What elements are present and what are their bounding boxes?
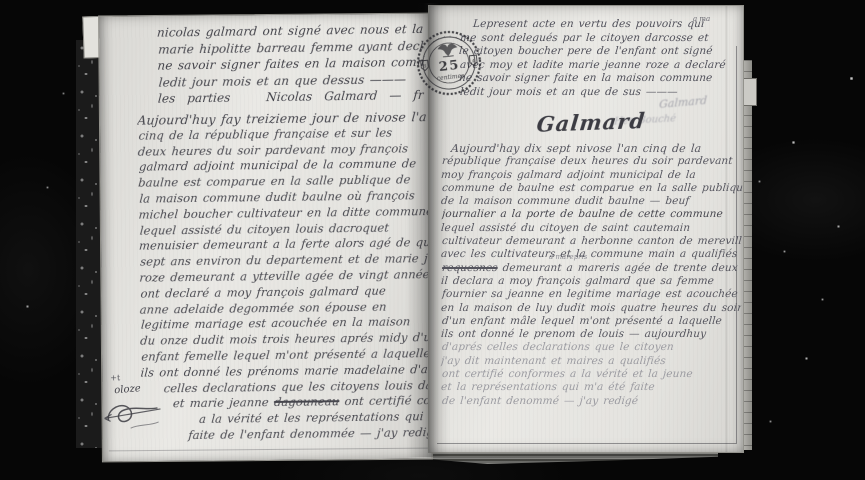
stamp-badge-left: 8 (423, 63, 427, 69)
manuscript-line: d'aprés celles declarations que le citoy… (441, 341, 742, 354)
manuscript-line: république française deux heures du soir… (441, 155, 742, 168)
manuscript-line: ne savoir signer faite en la maison comm… (458, 72, 737, 86)
manuscript-line: le citoyen boucher pere de l'enfant ont … (458, 45, 737, 59)
manuscript-line: Aujourd'hay dix sept nivose l'an cinq de… (440, 142, 741, 155)
manuscript-line: il declara a moy françois galmard que sa… (440, 275, 741, 288)
manuscript-line: ont certifié conformes a la vérité et la… (441, 368, 742, 381)
margin-mark: +t (110, 373, 120, 382)
manuscript-line: cultivateur demeurant a herbonne canton … (441, 235, 742, 248)
left-act-lines: Aujourd'huy fay treizieme jour de nivose… (137, 109, 431, 444)
manuscript-line: commune de baulne est comparue en la sal… (441, 182, 742, 195)
fiscal-stamp: · · · · · · · · · · · · · 25 centimes 8 … (410, 24, 487, 103)
manuscript-line: de l'enfant denommé — j'ay redigé (441, 395, 742, 408)
manuscript-line: fournier sa jeanne en legitime mariage e… (441, 288, 742, 301)
manuscript-line: requesnes demeurant a mareris agée de tr… (441, 262, 742, 275)
manuscript-line: avec moy et ladite marie jeanne roze a d… (459, 59, 738, 73)
stamp-unit: centimes (437, 73, 465, 83)
ghost-signature: Galmard (659, 94, 708, 111)
manuscript-line: avec les cultivateurs et la commune main… (440, 248, 741, 261)
right-closing-lines: Lepresent acte en vertu des pouvoirs qui… (459, 18, 737, 99)
paraph-flourish-icon (102, 397, 172, 436)
left-page: nicolas galmard ont signé avec nous et l… (98, 13, 433, 463)
stamp-badge-right: 4 (472, 58, 476, 64)
manuscript-line: et la représentations qui m'a été faite (440, 381, 741, 394)
left-closing-lines: nicolas galmard ont signé avec nous et l… (157, 21, 424, 108)
act-heading-signature: Galmard (535, 108, 646, 137)
margin-note: oloze (114, 383, 141, 396)
manuscript-line: journalier a la porte de baulne de cette… (441, 208, 742, 221)
right-act-lines: Aujourd'hay dix sept nivose l'an cinq de… (441, 142, 741, 408)
dust-specks (0, 0, 1, 1)
manuscript-line: Lepresent acte en vertu des pouvoirs qui (458, 18, 737, 32)
manuscript-line: lequel assisté du citoyen de saint caute… (440, 222, 741, 235)
manuscript-line: en la maison de luy dudit mois quatre he… (440, 302, 741, 315)
manuscript-line: d'un enfant mâle lequel m'ont présenté a… (441, 315, 742, 328)
manuscript-line: les parties Nicolas Galmard — françois G… (157, 87, 424, 107)
manuscript-line: j'ay dit maintenant et maires a qualifié… (440, 355, 741, 368)
manuscript-line: ils ont donné le prenom de louis — aujou… (440, 328, 741, 341)
page-tab-right (743, 78, 757, 106)
manuscript-line: moy françois galmard adjoint municipal d… (440, 169, 741, 182)
archive-register-scan: nicolas galmard ont signé avec nous et l… (0, 0, 865, 480)
manuscript-line: faite de l'enfant denommée — j'ay redigé (141, 425, 432, 444)
manuscript-line: de la maison commune dudit baulne — beuf (440, 195, 741, 208)
manuscript-line: me sont delegués par le citoyen darcosse… (459, 32, 738, 46)
